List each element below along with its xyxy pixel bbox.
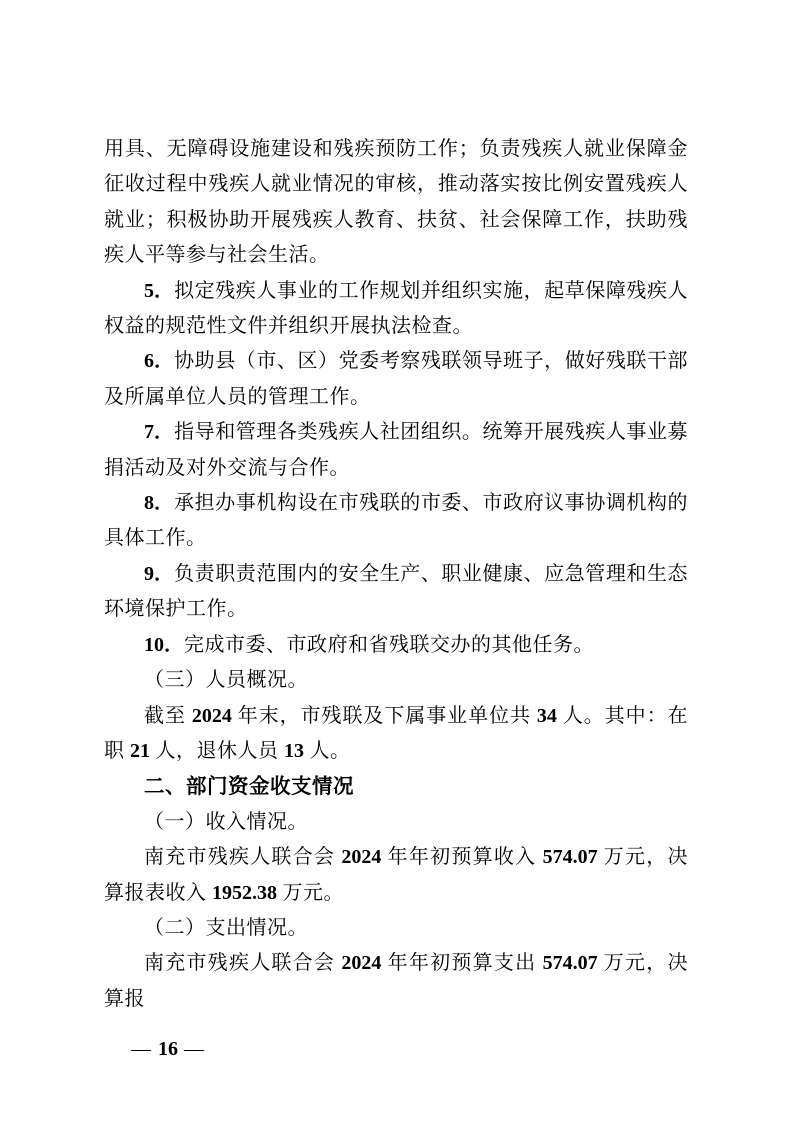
- duty-item-9: 9．负责职责范围内的安全生产、职业健康、应急管理和生态环境保护工作。: [104, 557, 688, 628]
- item-number: 9．: [144, 563, 174, 585]
- stat-budget-expenditure: 574.07: [543, 952, 598, 974]
- page-number-value: 16: [158, 1038, 178, 1060]
- page-number-dash-left: —: [131, 1038, 158, 1060]
- paragraph-text: 负责职责范围内的安全生产、职业健康、应急管理和生态环境保护工作。: [104, 563, 688, 620]
- paragraph-text: 人，退休人员: [150, 740, 284, 762]
- paragraph-text: 人。: [304, 740, 351, 762]
- paragraph-text: 截至: [144, 705, 192, 727]
- duty-item-10: 10．完成市委、市政府和省残联交办的其他任务。: [104, 628, 688, 663]
- stat-budget-income: 574.07: [543, 846, 598, 868]
- paragraph-text: 年年初预算收入: [381, 846, 542, 868]
- paragraph-text: 南充市残疾人联合会: [144, 952, 341, 974]
- subheading-personnel-overview: （三）人员概况。: [104, 663, 688, 698]
- paragraph-text: 年末，市残联及下属事业单位共: [232, 705, 537, 727]
- duty-item-7: 7．指导和管理各类残疾人社团组织。统筹开展残疾人事业募捐活动及对外交流与合作。: [104, 415, 688, 486]
- subheading-text: （二）支出情况。: [144, 917, 308, 939]
- paragraph-text: 协助县（市、区）党委考察残联领导班子，做好残联干部及所属单位人员的管理工作。: [104, 350, 688, 407]
- paragraph-text: 拟定残疾人事业的工作规划并组织实施，起草保障残疾人权益的规范性文件并组织开展执法…: [104, 280, 688, 337]
- stat-year: 2024: [192, 705, 232, 727]
- personnel-paragraph: 截至 2024 年末，市残联及下属事业单位共 34 人。其中：在职 21 人，退…: [104, 699, 688, 770]
- item-number: 8．: [144, 492, 174, 514]
- paragraph-text: 年年初预算支出: [381, 952, 542, 974]
- document-content: 用具、无障碍设施建设和残疾预防工作；负责残疾人就业保障金征收过程中残疾人就业情况…: [104, 132, 688, 1017]
- paragraph-text: 用具、无障碍设施建设和残疾预防工作；负责残疾人就业保障金征收过程中残疾人就业情况…: [104, 138, 688, 266]
- item-number: 5．: [144, 280, 174, 302]
- paragraph-text: 承担办事机构设在市残联的市委、市政府议事协调机构的具体工作。: [104, 492, 688, 549]
- stat-active-staff: 21: [130, 740, 150, 762]
- page-number-dash-right: —: [178, 1038, 205, 1060]
- item-number: 6．: [144, 350, 174, 372]
- subheading-text: （一）收入情况。: [144, 811, 308, 833]
- subheading-income: （一）收入情况。: [104, 805, 688, 840]
- stat-year: 2024: [341, 846, 381, 868]
- item-number: 7．: [144, 421, 174, 443]
- expenditure-paragraph: 南充市残疾人联合会 2024 年年初预算支出 574.07 万元，决算报: [104, 946, 688, 1017]
- page-number: — 16 —: [131, 1037, 205, 1061]
- stat-retired-staff: 13: [284, 740, 304, 762]
- stat-final-income: 1952.38: [212, 882, 277, 904]
- subheading-text: （三）人员概况。: [144, 669, 308, 691]
- paragraph-text: 指导和管理各类残疾人社团组织。统筹开展残疾人事业募捐活动及对外交流与合作。: [104, 421, 688, 478]
- paragraph-text: 完成市委、市政府和省残联交办的其他任务。: [184, 634, 594, 656]
- subheading-expenditure: （二）支出情况。: [104, 911, 688, 946]
- section-heading-funds: 二、部门资金收支情况: [104, 769, 688, 804]
- duty-item-8: 8．承担办事机构设在市残联的市委、市政府议事协调机构的具体工作。: [104, 486, 688, 557]
- duty-item-5: 5．拟定残疾人事业的工作规划并组织实施，起草保障残疾人权益的规范性文件并组织开展…: [104, 274, 688, 345]
- duty-item-6: 6．协助县（市、区）党委考察残联领导班子，做好残联干部及所属单位人员的管理工作。: [104, 344, 688, 415]
- paragraph-text: 南充市残疾人联合会: [144, 846, 341, 868]
- stat-year: 2024: [341, 952, 381, 974]
- stat-total-staff: 34: [537, 705, 557, 727]
- section-heading-text: 二、部门资金收支情况: [144, 775, 354, 798]
- continuation-paragraph: 用具、无障碍设施建设和残疾预防工作；负责残疾人就业保障金征收过程中残疾人就业情况…: [104, 132, 688, 274]
- paragraph-text: 万元。: [277, 882, 344, 904]
- income-paragraph: 南充市残疾人联合会 2024 年年初预算收入 574.07 万元，决算报表收入 …: [104, 840, 688, 911]
- item-number: 10．: [144, 634, 184, 656]
- document-page: 用具、无障碍设施建设和残疾预防工作；负责残疾人就业保障金征收过程中残疾人就业情况…: [0, 0, 793, 1122]
